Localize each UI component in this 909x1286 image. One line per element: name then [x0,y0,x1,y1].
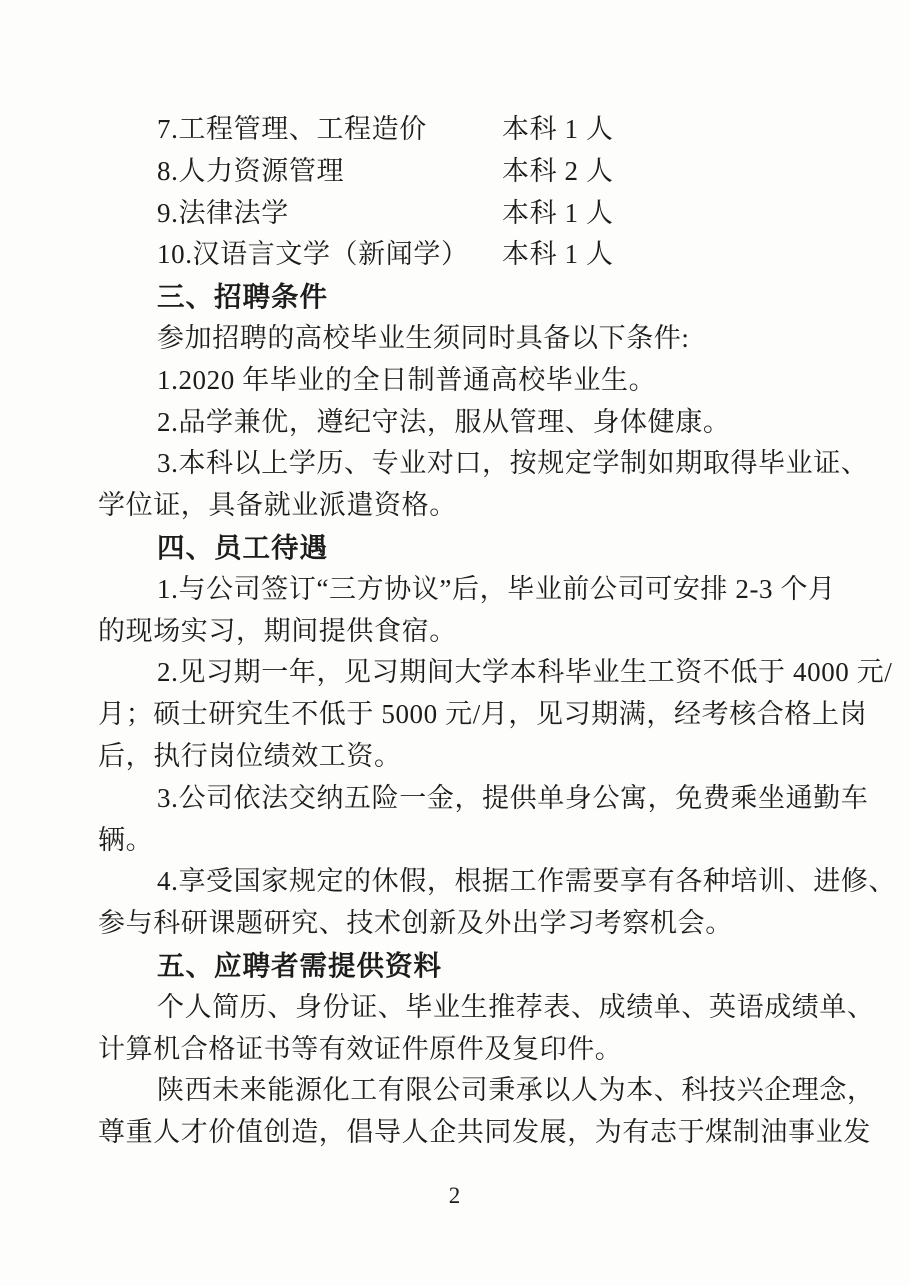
position-quota: 本科 2 人 [502,151,614,193]
paragraph-line: 计算机合格证书等有效证件原件及复印件。 [98,1029,814,1071]
paragraph-line: 2.见习期一年，见习期间大学本科毕业生工资不低于 4000 元/ [98,652,814,694]
section-heading-recruitment-conditions: 三、招聘条件 [98,276,814,318]
paragraph-line: 月；硕士研究生不低于 5000 元/月，见习期满，经考核合格上岗 [98,694,814,736]
paragraph-line: 3.公司依法交纳五险一金，提供单身公寓，免费乘坐通勤车 [98,778,814,820]
list-item-position-8: 8.人力资源管理 本科 2 人 [98,151,814,193]
paragraph-line: 1.2020 年毕业的全日制普通高校毕业生。 [98,360,814,402]
document-page: 7.工程管理、工程造价 本科 1 人 8.人力资源管理 本科 2 人 9.法律法… [0,0,909,1286]
position-title: 9.法律法学 [157,198,289,228]
position-quota: 本科 1 人 [502,109,614,151]
paragraph-line: 后，执行岗位绩效工资。 [98,736,814,778]
paragraph-line: 参加招聘的高校毕业生须同时具备以下条件: [98,318,814,360]
paragraph-line: 个人简历、身份证、毕业生推荐表、成绩单、英语成绩单、 [98,987,814,1029]
paragraph-line: 3.本科以上学历、专业对口，按规定学制如期取得毕业证、 [98,443,814,485]
paragraph-line: 学位证，具备就业派遣资格。 [98,485,814,527]
position-quota: 本科 1 人 [502,193,614,235]
list-item-position-7: 7.工程管理、工程造价 本科 1 人 [98,109,814,151]
paragraph-line: 尊重人才价值创造，倡导人企共同发展，为有志于煤制油事业发 [98,1112,814,1154]
document-body: 7.工程管理、工程造价 本科 1 人 8.人力资源管理 本科 2 人 9.法律法… [98,109,814,1154]
paragraph-line: 4.享受国家规定的休假，根据工作需要享有各种培训、进修、 [98,861,814,903]
paragraph-line: 参与科研课题研究、技术创新及外出学习考察机会。 [98,903,814,945]
list-item-position-10: 10.汉语言文学（新闻学） 本科 1 人 [98,234,814,276]
paragraph-line: 1.与公司签订“三方协议”后，毕业前公司可安排 2-3 个月 [98,569,814,611]
paragraph-line: 的现场实习，期间提供食宿。 [98,611,814,653]
position-title: 7.工程管理、工程造价 [157,114,427,144]
paragraph-line: 2.品学兼优，遵纪守法，服从管理、身体健康。 [98,402,814,444]
section-heading-employee-benefits: 四、员工待遇 [98,527,814,569]
position-title: 8.人力资源管理 [157,156,344,186]
paragraph-line: 陕西未来能源化工有限公司秉承以人为本、科技兴企理念， [98,1070,814,1112]
section-heading-required-materials: 五、应聘者需提供资料 [98,945,814,987]
position-title: 10.汉语言文学（新闻学） [157,239,469,269]
list-item-position-9: 9.法律法学 本科 1 人 [98,193,814,235]
paragraph-line: 辆。 [98,820,814,862]
position-quota: 本科 1 人 [502,234,614,276]
page-number: 2 [0,1182,909,1210]
